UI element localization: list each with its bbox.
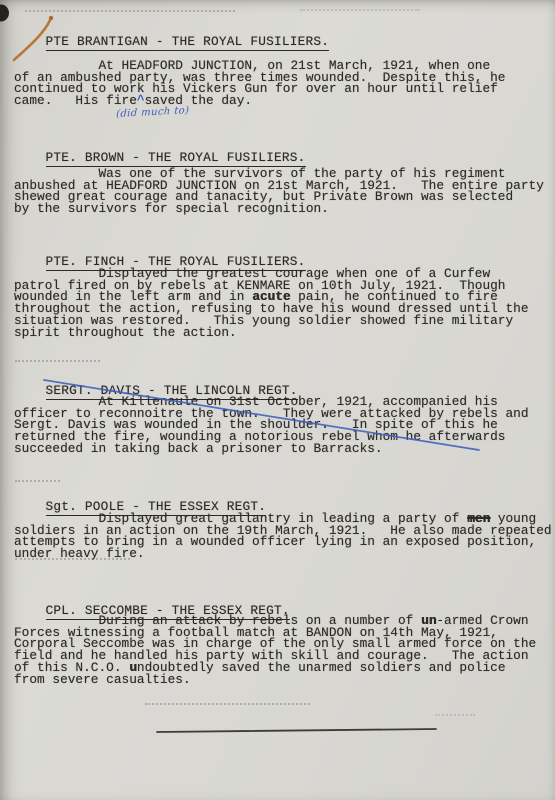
scanned-document: { "page": { "colors": { "paper": "#d8d7d… [0,0,555,800]
punch-hole-mark [0,5,9,22]
heading-text: PTE. BROWN - THE ROYAL FUSILIERS. [46,150,306,167]
body-line: spirit throughout the action. [14,327,551,339]
ghost-dots [15,480,60,482]
body-line: succeeded in taking back a prisoner to B… [14,443,551,455]
handwritten-insertion-note: (did much to) [116,106,190,120]
body-line: came. His fire^saved the day. [14,95,551,107]
section-body-brown: Was one of the survivors of the party of… [14,168,551,215]
orange-ink-blob [49,16,53,20]
section-body-davis: At Killenaule on 31st October, 1921, acc… [14,396,551,455]
ghost-dots [435,714,475,716]
body-line: under heavy fire. [14,548,551,560]
ghost-dots [300,9,420,11]
document-page: PTE BRANTIGAN - THE ROYAL FUSILIERS. At … [0,0,555,800]
insertion-caret-mark: ^ [137,93,145,108]
body-line: from severe casualties. [14,674,551,686]
section-body-poole: Displayed great gallantry in leading a p… [14,513,551,560]
ghost-dots [15,360,100,362]
bottom-typed-rule [157,729,436,732]
section-body-brantigan: At HEADFORD JUNCTION, on 21st March, 192… [14,60,551,107]
ghost-dots [25,10,235,12]
section-body-seccombe: During an attack by rebels on a number o… [14,615,551,685]
section-heading-brantigan: PTE BRANTIGAN - THE ROYAL FUSILIERS. [14,24,549,59]
body-line: by the survivors for special recognition… [14,203,551,215]
section-body-finch: Displayed the greatest courage when one … [14,268,551,338]
heading-text: PTE BRANTIGAN - THE ROYAL FUSILIERS. [46,34,330,51]
ghost-dots [145,703,310,705]
